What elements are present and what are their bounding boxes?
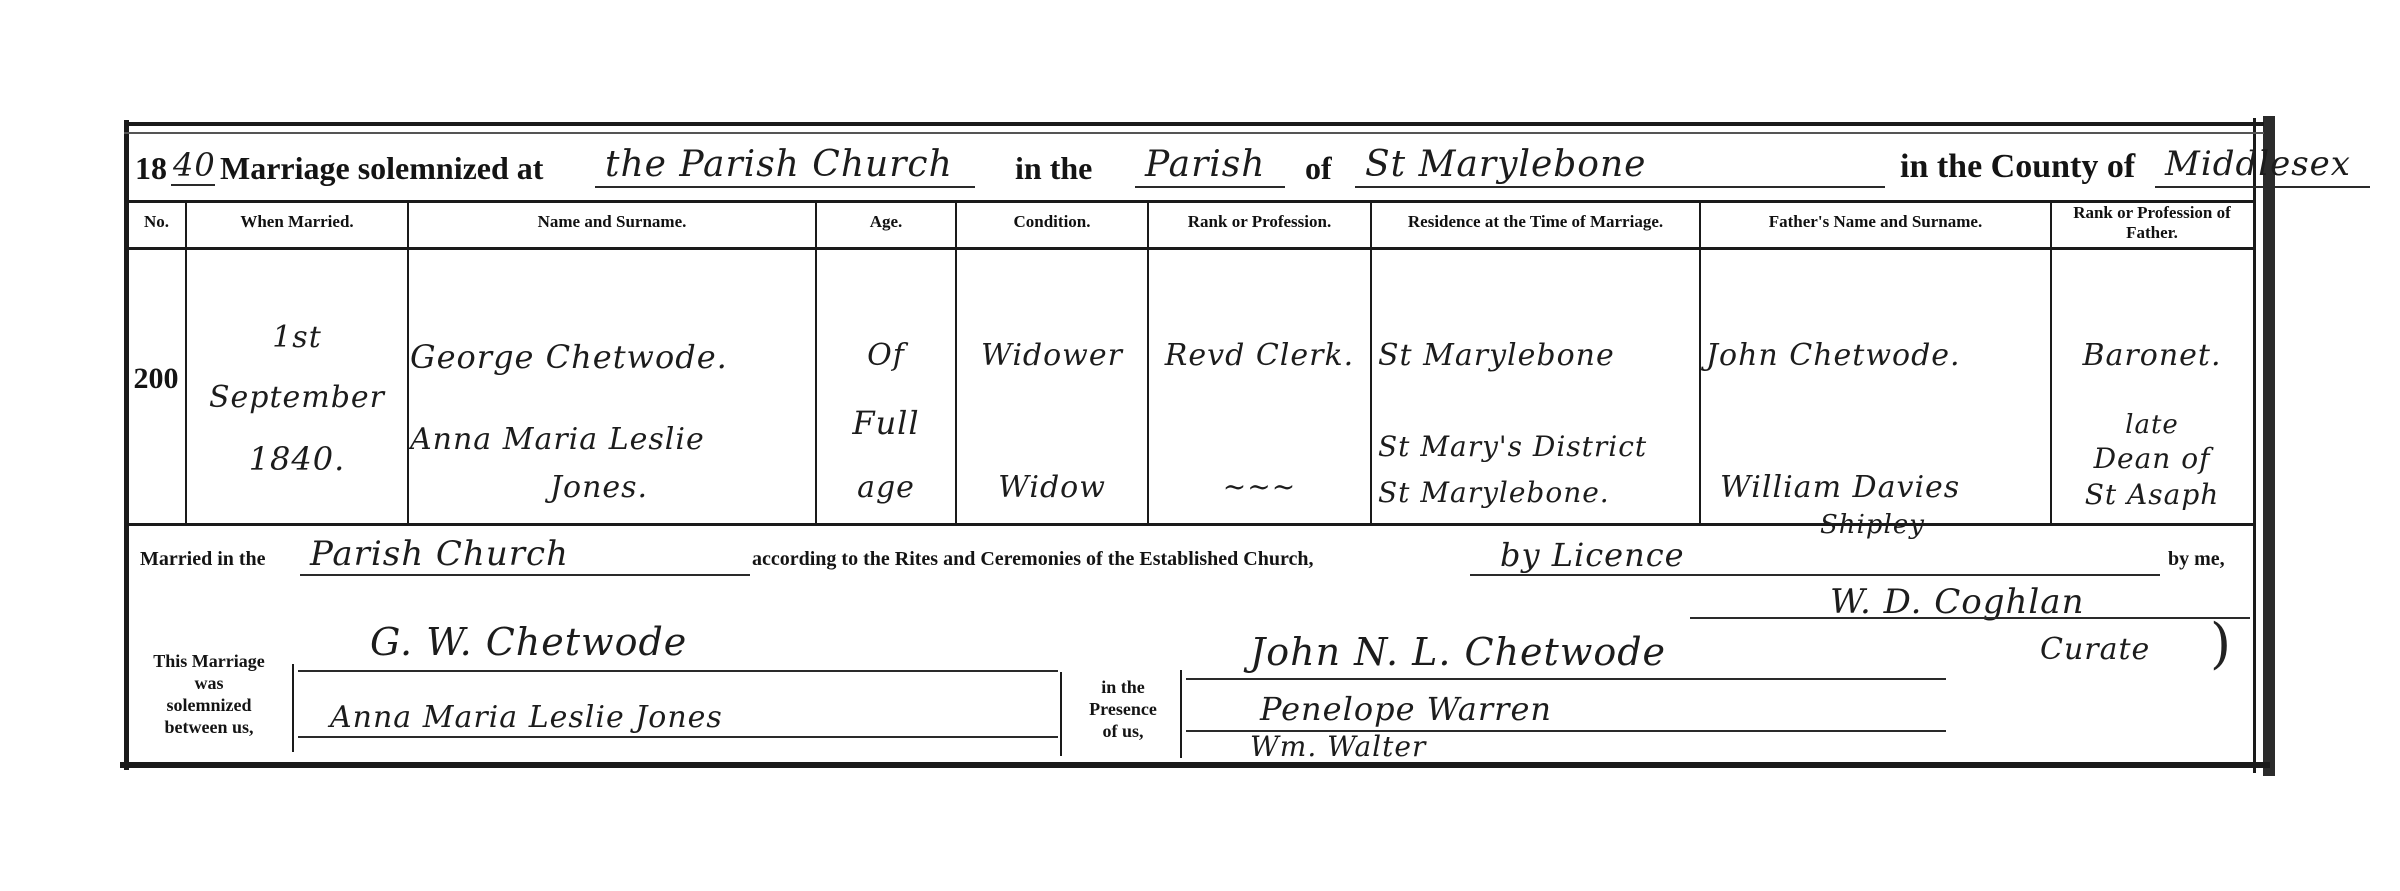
bride-residence-line1: St Mary's District xyxy=(1378,430,1647,463)
age-line3: age xyxy=(817,470,955,505)
top-border xyxy=(124,122,2264,126)
groom-father-rank: Baronet. xyxy=(2052,338,2252,373)
year-prefix: 18 xyxy=(135,150,167,187)
ceremony-method-value: by Licence xyxy=(1500,536,1685,574)
district-type-underline xyxy=(1135,186,1285,188)
groom-residence: St Marylebone xyxy=(1378,338,1615,373)
when-married-year: 1840. xyxy=(187,440,407,478)
ceremony-place-underline xyxy=(300,574,750,576)
age-line2: Full xyxy=(817,404,955,442)
witness-1-signature: John N. L. Chetwode xyxy=(1250,630,1666,674)
bride-condition: Widow xyxy=(957,470,1147,505)
county-value: Middlesex xyxy=(2165,144,2351,184)
when-married-month: September xyxy=(187,380,407,415)
header-bottom-rule xyxy=(128,247,2255,250)
bride-father-rank-line2: Dean of xyxy=(2052,442,2252,475)
bride-name-line2: Jones. xyxy=(550,470,648,505)
bride-father-rank-line3: St Asaph xyxy=(2052,478,2252,511)
right-border xyxy=(2253,118,2256,773)
bride-name-line1: Anna Maria Leslie xyxy=(410,422,705,457)
header-residence: Residence at the Time of Marriage. xyxy=(1372,212,1699,232)
header-when-married: When Married. xyxy=(187,212,407,232)
header-father-name: Father's Name and Surname. xyxy=(1701,212,2050,232)
of-label: of xyxy=(1305,150,1332,187)
witness-1-line xyxy=(1186,678,1946,680)
officiant-signature: W. D. Coghlan xyxy=(1830,582,2084,622)
header-age: Age. xyxy=(817,212,955,232)
solemnized-label-line1: This Marriage xyxy=(128,650,290,672)
groom-condition: Widower xyxy=(957,338,1147,373)
witness-2-signature: Penelope Warren xyxy=(1260,690,1552,728)
method-underline xyxy=(1470,574,2160,576)
header-rank: Rank or Profession. xyxy=(1149,212,1370,232)
header-name: Name and Surname. xyxy=(409,212,815,232)
bride-father-name-line2: Shipley xyxy=(1820,510,1925,540)
groom-rank: Revd Clerk. xyxy=(1149,338,1370,373)
presence-label-line2: Presence xyxy=(1068,698,1178,720)
top-border-thin xyxy=(124,132,2264,134)
groom-signature-line xyxy=(298,670,1058,672)
header-condition: Condition. xyxy=(957,212,1147,232)
witness-3-signature: Wm. Walter xyxy=(1250,730,1426,763)
place-value: the Parish Church xyxy=(605,144,953,185)
header-top-rule xyxy=(128,200,2255,203)
col-sep-2 xyxy=(407,200,409,525)
when-married-day: 1st xyxy=(187,320,407,355)
county-label: in the County of xyxy=(1900,148,2135,186)
groom-father-name: John Chetwode. xyxy=(1706,338,1961,373)
year-suffix: 40 xyxy=(173,146,216,184)
bride-father-name-line1: William Davies xyxy=(1720,470,1960,505)
by-me-label: by me, xyxy=(2168,548,2225,571)
solemnized-label-line4: between us, xyxy=(128,716,290,738)
groom-signature: G. W. Chetwode xyxy=(370,620,687,664)
officiant-brace: ) xyxy=(2210,612,2231,675)
entry-number: 200 xyxy=(126,362,186,396)
presence-label: in the Presence of us, xyxy=(1068,676,1178,742)
district-underline xyxy=(1355,186,1885,188)
header-father-rank: Rank or Profession of Father. xyxy=(2052,203,2252,243)
county-underline xyxy=(2155,186,2370,188)
bride-father-rank-line1: late xyxy=(2052,410,2252,440)
bride-rank: ~~~ xyxy=(1149,470,1370,503)
year-underline xyxy=(171,184,215,186)
presence-label-line3: of us, xyxy=(1068,720,1178,742)
entry-bottom-rule xyxy=(128,523,2255,526)
right-border-outer xyxy=(2263,116,2275,776)
ceremony-place-value: Parish Church xyxy=(310,534,569,574)
groom-name: George Chetwode. xyxy=(410,338,728,376)
col-sep-6 xyxy=(1370,200,1372,525)
bride-residence-line2: St Marylebone. xyxy=(1378,476,1610,509)
age-line1: Of xyxy=(817,338,955,373)
according-to-label: according to the Rites and Ceremonies of… xyxy=(752,548,1313,571)
marriage-solemnized-at-label: Marriage solemnized at xyxy=(220,150,543,187)
bride-signature: Anna Maria Leslie Jones xyxy=(330,700,723,735)
solemnized-label-line2: was xyxy=(128,672,290,694)
married-in-the-label: Married in the xyxy=(140,548,266,571)
solemnized-label: This Marriage was solemnized between us, xyxy=(128,650,290,738)
document-bottom-rule xyxy=(120,762,2270,768)
in-the-label: in the xyxy=(1015,150,1092,187)
officiant-underline xyxy=(1690,617,2250,619)
place-underline xyxy=(595,186,975,188)
solemnized-brace-left xyxy=(292,664,294,752)
solemnized-label-line3: solemnized xyxy=(128,694,290,716)
presence-brace-left xyxy=(1180,670,1182,758)
title-row: 18 40 Marriage solemnized at the Parish … xyxy=(135,140,2255,196)
presence-label-line1: in the xyxy=(1068,676,1178,698)
district-type-value: Parish xyxy=(1145,144,1265,185)
solemnized-brace-right xyxy=(1060,672,1062,756)
officiant-title: Curate xyxy=(2040,632,2150,667)
header-no: No. xyxy=(128,212,185,232)
col-sep-7 xyxy=(1699,200,1701,525)
district-value: St Marylebone xyxy=(1365,144,1646,185)
bride-signature-line xyxy=(298,736,1058,738)
